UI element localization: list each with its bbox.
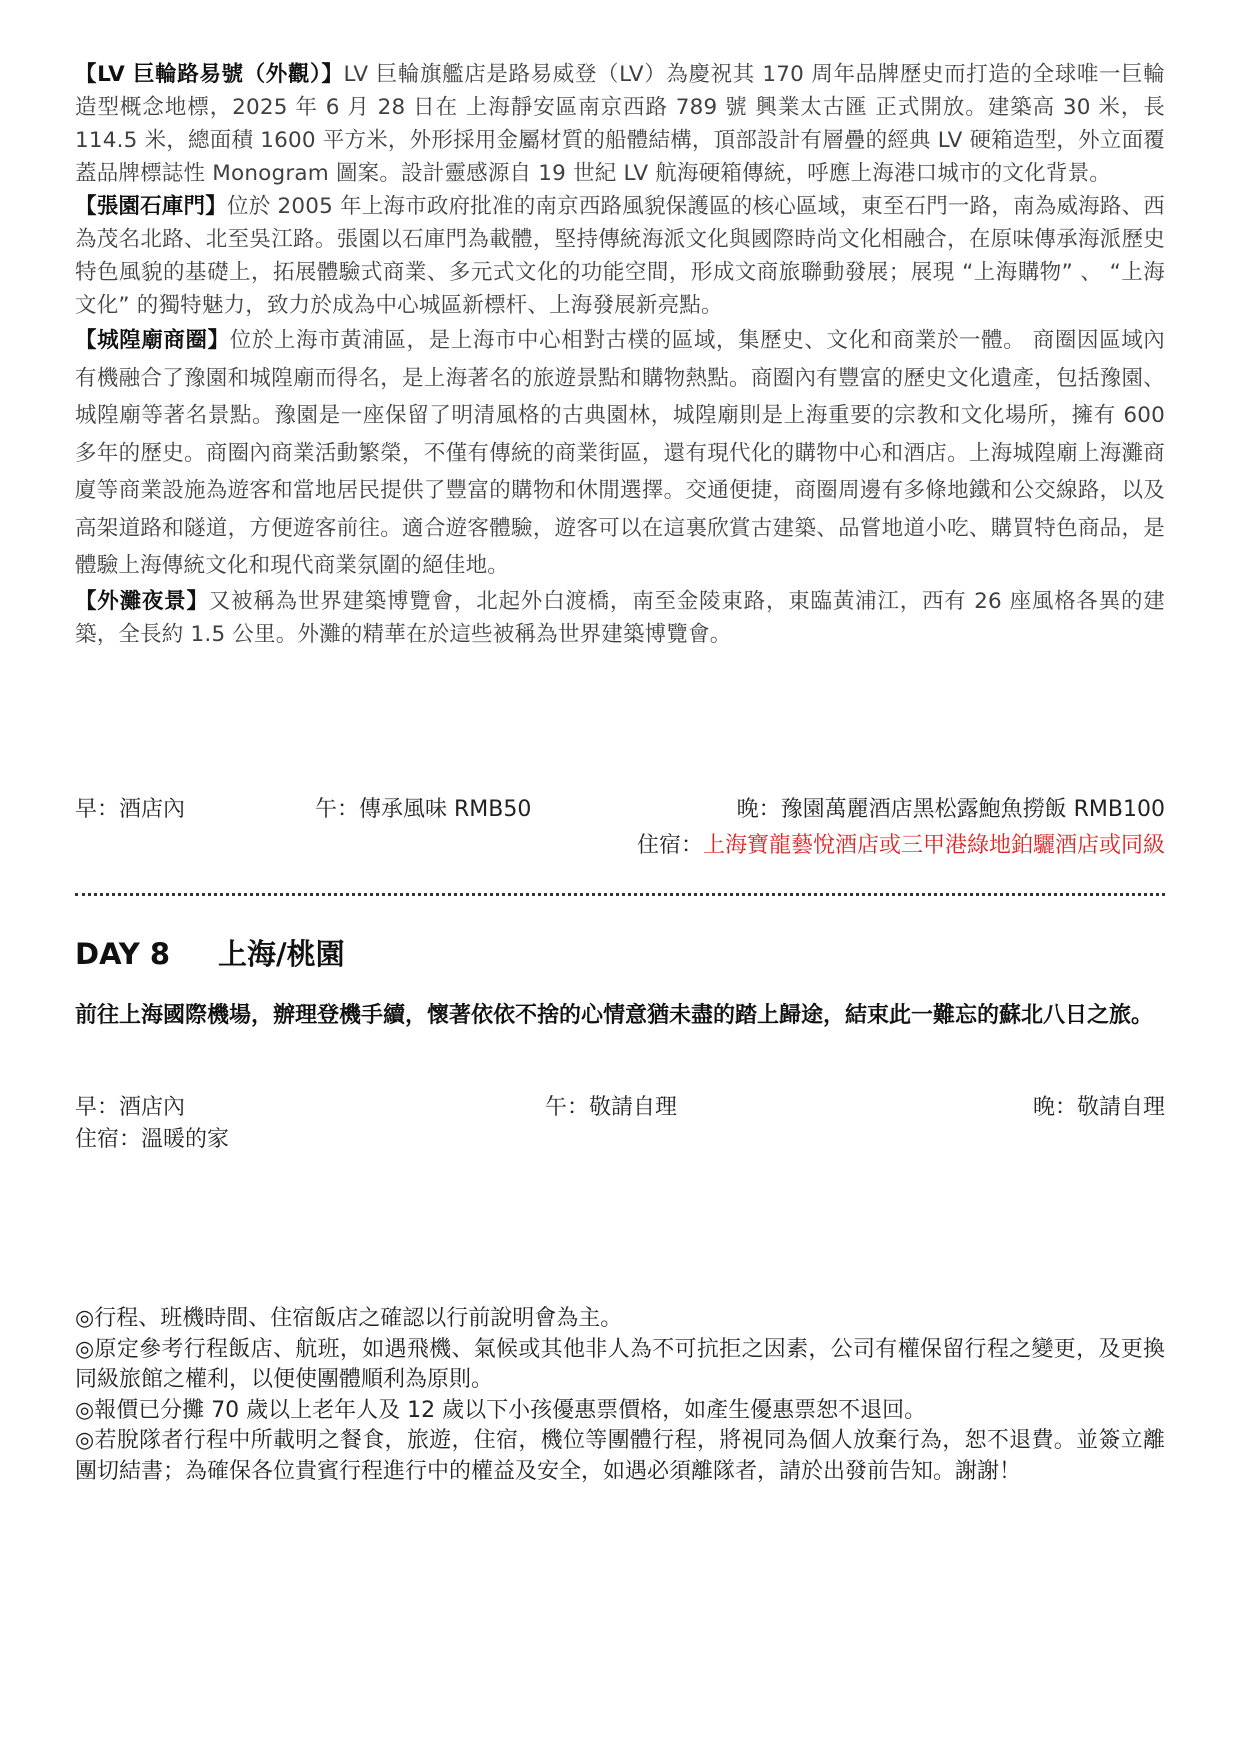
attraction-title: 【LV 巨輪路易號（外觀）】: [75, 62, 344, 87]
dinner: 晚：敬請自理: [1033, 1090, 1165, 1121]
note-item: ◎原定參考行程飯店、航班，如遇飛機、氣候或其他非人為不可抗拒之因素，公司有權保留…: [75, 1335, 1165, 1396]
day8-description: 前往上海國際機場，辦理登機手續，懷著依依不捨的心情意猶未盡的踏上歸途，結束此一難…: [75, 1000, 1165, 1032]
lodging: 住宿：溫暖的家: [75, 1122, 229, 1153]
attraction-body: 位於上海市黃浦區，是上海市中心相對古樸的區域，集歷史、文化和商業於一體。 商圈因…: [75, 328, 1165, 578]
attraction-title: 【張園石庫門】: [75, 194, 227, 219]
note-item: ◎報價已分攤 70 歲以上老年人及 12 歲以下小孩優惠票價格，如產生優惠票恕不…: [75, 1396, 1165, 1427]
attraction-body: 又被稱為世界建築博覽會，北起外白渡橋，南至金陵東路，東臨黃浦江，西有 26 座風…: [75, 589, 1165, 647]
dinner: 晚：豫園萬麗酒店黑松露鮑魚撈飯 RMB100: [737, 792, 1165, 823]
attraction-body: 位於 2005 年上海市政府批准的南京西路風貌保護區的核心區域，東至石門一路，南…: [75, 194, 1165, 318]
attraction-lv-ship: 【LV 巨輪路易號（外觀）】LV 巨輪旗艦店是路易威登（LV）為慶祝其 170 …: [75, 58, 1165, 190]
attraction-chenghuang-temple: 【城隍廟商圈】位於上海市黃浦區，是上海市中心相對古樸的區域，集歷史、文化和商業於…: [75, 322, 1165, 585]
dotted-divider: [75, 893, 1165, 896]
breakfast: 早：酒店內: [75, 792, 185, 823]
notes-section: ◎行程、班機時間、住宿飯店之確認以行前說明會為主。 ◎原定參考行程飯店、航班，如…: [75, 1304, 1165, 1487]
lunch: 午：敬請自理: [545, 1090, 677, 1121]
note-item: ◎行程、班機時間、住宿飯店之確認以行前說明會為主。: [75, 1304, 1165, 1335]
note-item: ◎若脫隊者行程中所載明之餐食，旅遊，住宿，機位等團體行程，將視同為個人放棄行為，…: [75, 1426, 1165, 1487]
lodging-hotel: 上海寶龍藝悅酒店或三甲港綠地鉑驪酒店或同級: [703, 833, 1165, 858]
attraction-zhangyuan: 【張園石庫門】位於 2005 年上海市政府批准的南京西路風貌保護區的核心區域，東…: [75, 190, 1165, 322]
day7-lodging: 住宿：上海寶龍藝悅酒店或三甲港綠地鉑驪酒店或同級: [637, 828, 1165, 859]
attractions-section: 【LV 巨輪路易號（外觀）】LV 巨輪旗艦店是路易威登（LV）為慶祝其 170 …: [75, 58, 1165, 651]
attraction-title: 【城隍廟商圈】: [75, 328, 230, 353]
day8-heading: DAY 8上海/桃園: [75, 932, 345, 973]
day-route: 上海/桃園: [218, 937, 345, 971]
day-label: DAY 8: [75, 937, 170, 971]
breakfast: 早：酒店內: [75, 1090, 185, 1121]
attraction-title: 【外灘夜景】: [75, 589, 209, 614]
attraction-bund-night: 【外灘夜景】又被稱為世界建築博覽會，北起外白渡橋，南至金陵東路，東臨黃浦江，西有…: [75, 585, 1165, 651]
lunch: 午：傳承風味 RMB50: [315, 792, 531, 823]
lodging-label: 住宿：: [637, 833, 703, 858]
